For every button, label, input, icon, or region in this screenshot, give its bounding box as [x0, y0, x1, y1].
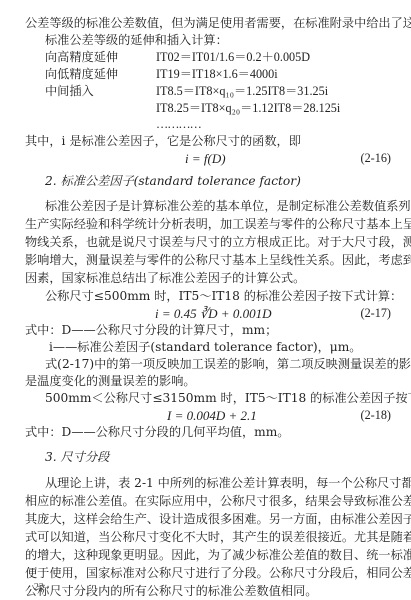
- extension-label: 中间插入: [45, 83, 94, 100]
- where-d-2-17: 式中：D——公称尺寸分段的计算尺寸，mm；: [25, 322, 277, 339]
- extension-formula: IT8.5＝IT8×q₁₀＝1.25IT8＝31.25i: [156, 83, 328, 100]
- extension-formula: IT19＝IT18×1.6＝4000i: [156, 66, 278, 83]
- paragraph-line: 标准公差因子是计算标准公差的基本单位，是制定标准公差数值系列的基础。: [45, 198, 391, 215]
- where-i-text: 其中，i 是标准公差因子，它是公称尺寸的函数，即: [25, 133, 301, 150]
- equation-number-2-16: (2-16): [361, 150, 391, 167]
- equation-2-18: I = 0.004D + 2.1: [167, 407, 257, 424]
- paragraph-line: 影响增大，测量误差与零件的公称尺寸基本上呈线性关系。因此，考虑到上述两个: [25, 252, 391, 269]
- equation-number-2-18: (2-18): [361, 407, 391, 424]
- paragraph-line: 其庞大，这样会给生产、设计造成很多困难。另一方面，由标准公差因子的计算公: [25, 511, 391, 528]
- paragraph-line: 的增大，这种现象更明显。因此，为了减少标准公差值的数目、统一标准公差值和: [25, 547, 391, 564]
- equation-2-17: i = 0.45 ∛D + 0.001D: [155, 305, 271, 322]
- paragraph-line: 相应的标准公差值。在实际应用中，公称尺寸很多，结果会导致标准公差数值表极: [25, 493, 391, 510]
- paragraph-line: 式(2-17)中的第一项反映加工误差的影响，第二项反映测量误差的影响，主要: [45, 356, 391, 373]
- section-heading-2: 2. 标准公差因子(standard tolerance factor): [45, 173, 301, 190]
- extension-formula: IT8.25＝IT8×q₂₀＝1.12IT8＝28.125i: [156, 100, 340, 117]
- extension-formula: IT02＝IT01/1.6＝0.2＋0.005D: [156, 49, 310, 66]
- paragraph-line: 从理论上讲，表 2-1 中所列的标准公差计算表明，每一个公称尺寸都对应一个: [45, 475, 391, 492]
- paragraph-line: 因素，国家标准总结出了标准公差因子的计算公式。: [25, 270, 305, 287]
- intro-line-1: 公差等级的标准公差数值，但为满足使用者需要，在标准附录中给出了这些数值。: [25, 15, 391, 32]
- paragraph-line: 是温度变化的测量误差的影响。: [25, 373, 196, 390]
- page-number: · 22 ·: [28, 582, 50, 593]
- where-d-2-18: 式中：D——公称尺寸分段的几何平均值，mm。: [25, 424, 289, 441]
- paragraph-line: 公称尺寸分段内的所有公称尺寸的标准公差数值相同。: [25, 583, 318, 600]
- section-heading-3: 3. 尺寸分段: [45, 449, 109, 466]
- extension-ellipsis: …………: [156, 116, 201, 133]
- where-i-2-17: i——标准公差因子(standard tolerance factor)，μm。: [49, 339, 361, 356]
- paragraph-line: 便于使用，国家标准对公称尺寸进行了分段。公称尺寸分段后，相同公差等级同一: [25, 565, 391, 582]
- paragraph-line: 式可以知道，当公称尺寸变化不大时，其产生的误差很接近。尤其是随着公称尺寸: [25, 529, 391, 546]
- equation-2-16: i = f(D): [185, 150, 226, 167]
- equation-number-2-17: (2-17): [361, 305, 391, 322]
- condition-3150: 500mm＜公称尺寸≤3150mm 时，IT5～IT18 的标准公差因子按下式计…: [45, 390, 411, 407]
- extension-label: 向低精度延伸: [45, 66, 118, 83]
- extension-label: 向高精度延伸: [45, 49, 118, 66]
- intro-line-2: 标准公差等级的延伸和插入计算：: [45, 32, 228, 49]
- condition-500: 公称尺寸≤500mm 时，IT5～IT18 的标准公差因子按下式计算：: [45, 288, 402, 305]
- paragraph-line: 生产实际经验和科学统计分析表明，加工误差与零件的公称尺寸基本上呈立方抛: [25, 216, 391, 233]
- paragraph-line: 物线关系，也就是说尺寸误差与尺寸的立方根成正比。对于大尺寸段，测量误差的: [25, 234, 391, 251]
